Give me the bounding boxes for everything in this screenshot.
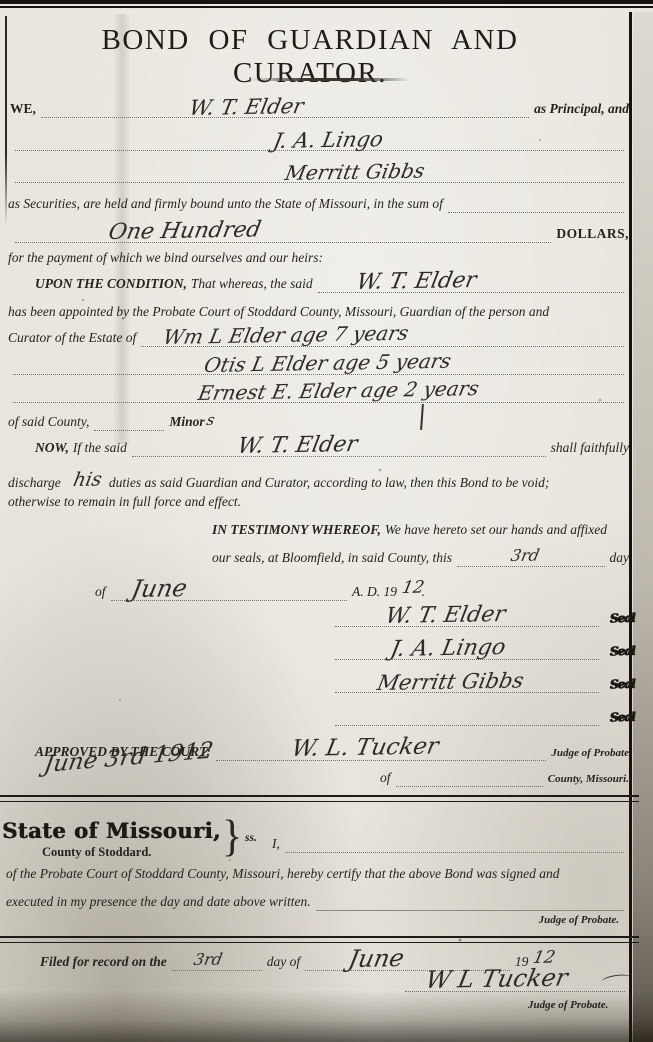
certify-name-rule — [285, 836, 624, 853]
month-handwriting: June — [129, 573, 190, 604]
discharge-line: discharge his duties as said Guardian an… — [8, 468, 549, 492]
signature2-rule: J. A. Lingo — [335, 643, 599, 660]
scan-speckles — [0, 0, 653, 1042]
top-border-rule — [0, 0, 653, 11]
signature3-rule: Merritt Gibbs — [335, 676, 599, 693]
minor-label: Minor — [169, 414, 204, 431]
security1-rule: J. A. Lingo — [15, 134, 624, 151]
signature3-handwriting: Merritt Gibbs — [375, 667, 526, 696]
approved-of-label: of — [380, 770, 391, 787]
testimony-line2: our seals, at Bloomfield, in said County… — [212, 550, 629, 567]
signature2-handwriting: J. A. Lingo — [388, 634, 508, 663]
approved-county-rule — [396, 770, 543, 787]
filed-signature-rule: W L Tucker — [405, 975, 625, 992]
minor-plural-handwriting: s — [205, 411, 216, 430]
signature-row: J. A. Lingo Seal — [330, 643, 635, 660]
approved-of-line: of County, Missouri. — [380, 770, 629, 787]
ward3-line: Ernest E. Elder age 2 years — [8, 386, 629, 403]
payment-text: for the payment of which we bind ourselv… — [8, 250, 323, 267]
filed-day-handwriting: 3rd — [192, 950, 224, 970]
filed-signature-handwriting: W L Tucker — [423, 963, 570, 995]
seal-stamp: Seal — [610, 643, 635, 661]
amount-line: One Hundred DOLLARS, — [10, 226, 629, 243]
ward3-rule: Ernest E. Elder age 2 years — [13, 386, 624, 403]
date-line: of June A. D. 19 12 . — [95, 580, 425, 601]
seal-label: Seal — [610, 677, 635, 692]
seal-stamp: Seal — [610, 610, 635, 628]
judge-name-handwriting: W. L. Tucker — [289, 733, 441, 764]
amount-rule: One Hundred — [15, 226, 551, 243]
certify-i-line: I, — [272, 836, 629, 853]
securities-clause: as Securities, are held and firmly bound… — [8, 196, 629, 213]
condition-bold: UPON THE CONDITION, — [35, 276, 187, 293]
filed-middle: day of — [267, 954, 300, 971]
principal-suffix: as Principal, and — [534, 101, 629, 118]
day-handwriting: 3rd — [509, 546, 541, 566]
otherwise-line: otherwise to remain in full force and ef… — [8, 494, 241, 511]
day-rule: 3rd — [457, 550, 604, 567]
state-label: State of Missouri, — [2, 818, 221, 843]
county-label: of said County, — [8, 414, 89, 431]
county-minors-line: of said County, Minor s — [8, 412, 212, 431]
certify-signature-rule — [316, 894, 624, 911]
filed-prefix: Filed for record on the — [40, 954, 167, 971]
left-border-rule — [5, 16, 7, 226]
scanned-document-page: BOND OF GUARDIAN AND CURATOR. WE, W. T. … — [0, 0, 653, 1042]
curator-label: Curator of the Estate of — [8, 330, 136, 347]
appointed-clause: has been appointed by the Probate Court … — [8, 304, 549, 321]
now-name-rule: W. T. Elder — [132, 440, 546, 457]
month-rule: June — [111, 584, 347, 601]
condition-line: UPON THE CONDITION, That whereas, the sa… — [35, 276, 629, 293]
we-label: WE, — [10, 101, 36, 118]
otherwise-text: otherwise to remain in full force and ef… — [8, 494, 241, 511]
certify-text2: executed in my presence the day and date… — [6, 894, 311, 911]
year-handwriting: 12 — [400, 578, 426, 600]
county-missouri-label: County, Missouri. — [548, 773, 629, 787]
seal-label: Seal — [610, 611, 635, 626]
payment-clause: for the payment of which we bind ourselv… — [8, 250, 323, 267]
ward2-line: Otis L Elder age 5 years — [8, 358, 629, 375]
condition-name-handwriting: W. T. Elder — [354, 266, 479, 296]
scan-right-margin — [633, 12, 653, 1042]
dollars-label: DOLLARS, — [556, 226, 629, 243]
signature-row: Merritt Gibbs Seal — [330, 676, 635, 693]
principal-name-line: W. T. Elder — [41, 101, 529, 118]
now-suffix: shall faithfully — [551, 440, 629, 457]
security1-line: J. A. Lingo — [10, 134, 629, 151]
now-bold: NOW, — [35, 440, 69, 457]
filed-judge-title: Judge of Probate. — [528, 999, 608, 1011]
security2-handwriting: Merritt Gibbs — [283, 159, 427, 186]
ss-brace: } — [222, 815, 242, 859]
scan-bottom-stain — [0, 990, 653, 1042]
now-name-handwriting: W. T. Elder — [235, 430, 360, 460]
seal-label: Seal — [610, 710, 635, 725]
ward3-handwriting: Ernest E. Elder age 2 years — [196, 376, 481, 406]
day-label: day — [610, 550, 630, 567]
certify-text1-line: of the Probate Court of Stoddard County,… — [6, 866, 559, 883]
ward1-handwriting: Wm L Elder age 7 years — [161, 321, 411, 350]
signature1-rule: W. T. Elder — [335, 610, 599, 627]
principal-line: WE, W. T. Elder as Principal, and — [10, 101, 629, 118]
ad-label: A. D. 19 — [352, 584, 397, 601]
sum-rule — [448, 196, 624, 213]
page-edge-line — [629, 12, 632, 1042]
ward2-handwriting: Otis L Elder age 5 years — [202, 349, 453, 378]
discharge-handwriting: his — [71, 469, 104, 493]
i-label: I, — [272, 836, 280, 853]
ss-label: ss. — [245, 832, 257, 844]
discharge-label: discharge — [8, 475, 61, 492]
section-divider-rule — [0, 936, 639, 943]
seal-stamp: Seal — [610, 676, 635, 694]
seal-stamp: Seal — [610, 709, 635, 727]
ink-stroke — [420, 404, 424, 430]
filed-signature-line: W L Tucker — [400, 975, 630, 992]
security1-handwriting: J. A. Lingo — [271, 126, 385, 154]
of-label: of — [95, 584, 106, 601]
testimony-rest: We have hereto set our hands and affixed — [385, 522, 607, 539]
signature-flourish — [601, 973, 632, 987]
county-of-stoddard-label: County of Stoddard. — [42, 845, 151, 860]
now-line: NOW, If the said W. T. Elder shall faith… — [35, 440, 629, 457]
discharge-rest: duties as said Guardian and Curator, acc… — [109, 475, 550, 492]
signature4-rule — [335, 709, 599, 726]
certify-text1: of the Probate Court of Stoddard County,… — [6, 866, 559, 883]
security2-rule: Merritt Gibbs — [15, 166, 624, 183]
security2-line: Merritt Gibbs — [10, 166, 629, 183]
certify-judge-title: Judge of Probate. — [539, 914, 619, 926]
certify-text2-line: executed in my presence the day and date… — [6, 894, 629, 911]
judge-signature-rule: W. L. Tucker — [216, 744, 547, 761]
ward1-rule: Wm L Elder age 7 years — [141, 330, 624, 347]
judge-title-label: Judge of Probate — [551, 747, 629, 761]
signature-row: W. T. Elder Seal — [330, 610, 635, 627]
condition-name-rule: W. T. Elder — [318, 276, 624, 293]
principal-name-handwriting: W. T. Elder — [187, 93, 306, 121]
amount-handwriting: One Hundred — [106, 216, 263, 246]
securities-text: as Securities, are held and firmly bound… — [8, 196, 443, 213]
condition-rest: That whereas, the said — [191, 276, 313, 293]
appointed-text: has been appointed by the Probate Court … — [8, 304, 549, 321]
section-divider-rule — [0, 795, 639, 802]
testimony-bold: IN TESTIMONY WHEREOF, — [212, 522, 381, 539]
now-rest: If the said — [73, 440, 127, 457]
title-ornament-rule — [250, 78, 410, 81]
signature1-handwriting: W. T. Elder — [383, 600, 508, 630]
testimony-line1: IN TESTIMONY WHEREOF, We have hereto set… — [212, 522, 607, 539]
county-gap-rule — [94, 414, 164, 431]
curator-line: Curator of the Estate of Wm L Elder age … — [8, 330, 629, 347]
seal-label: Seal — [610, 644, 635, 659]
signature-row: Seal — [330, 709, 635, 726]
filed-day-rule: 3rd — [172, 954, 262, 971]
seals-line-prefix: our seals, at Bloomfield, in said County… — [212, 550, 452, 567]
ward2-rule: Otis L Elder age 5 years — [13, 358, 624, 375]
filed-month-handwriting: June — [346, 943, 407, 974]
